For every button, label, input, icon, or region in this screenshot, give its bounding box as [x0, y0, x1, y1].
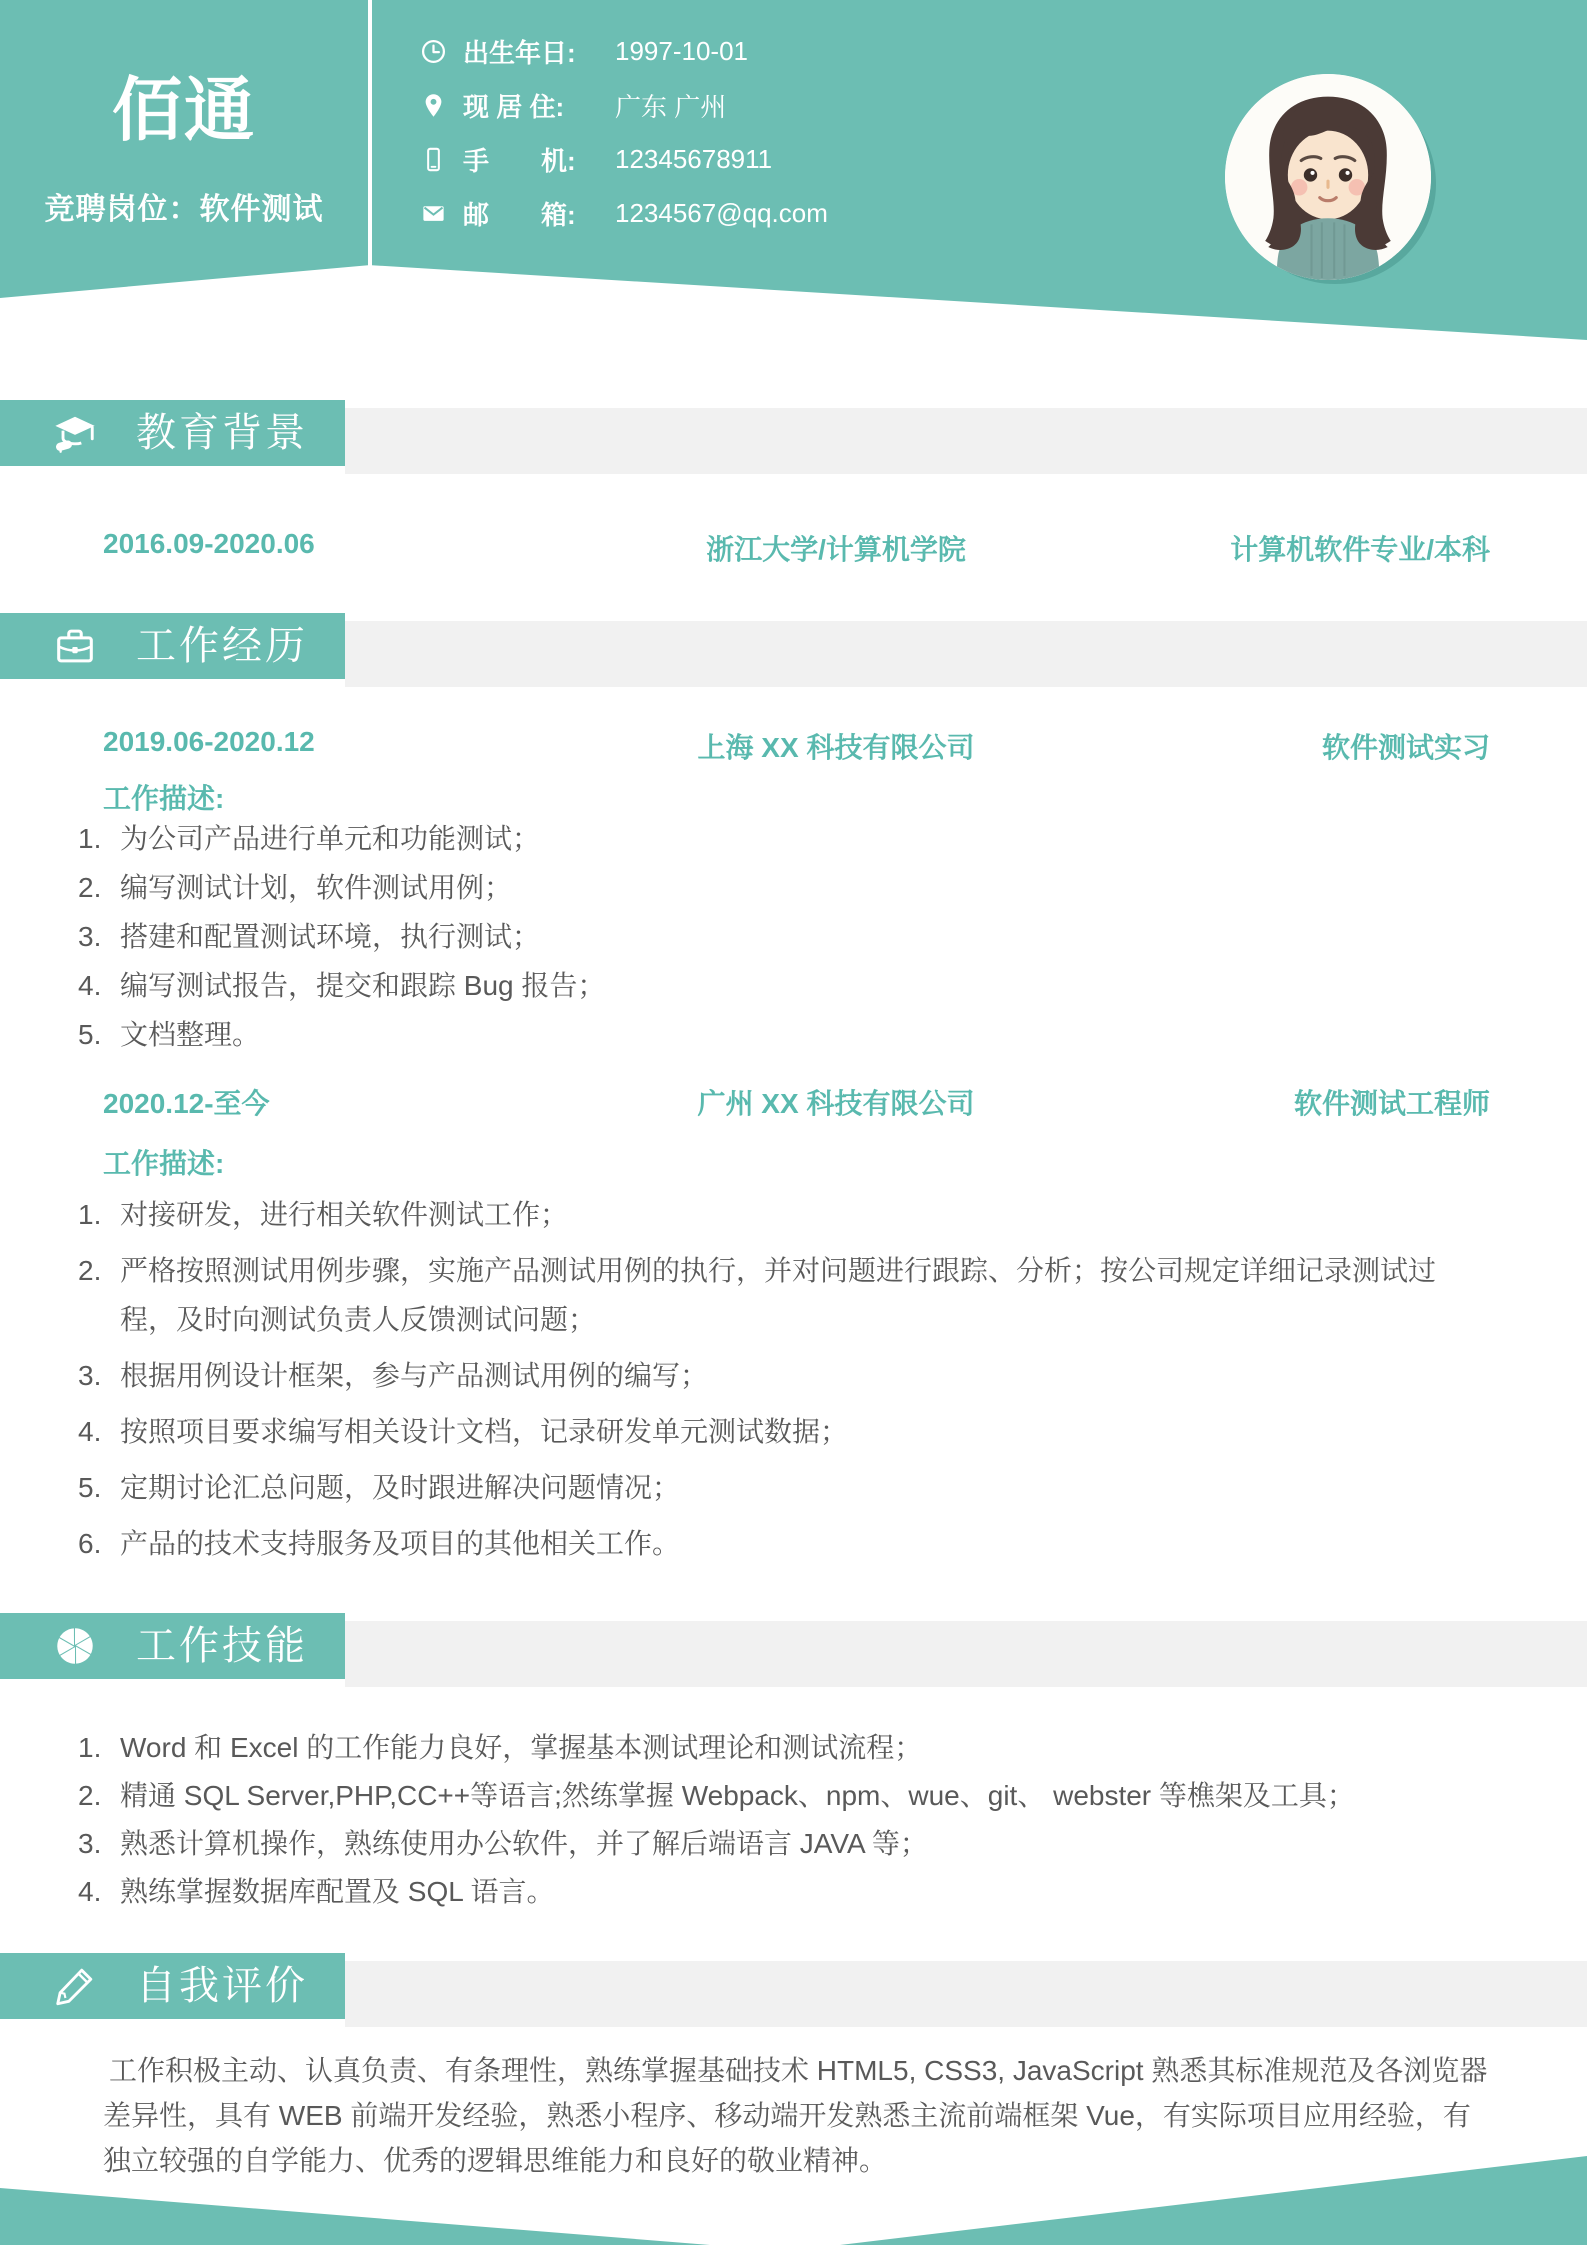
job-row: 2019.06-2020.12 上海 XX 科技有限公司 软件测试实习	[0, 726, 1587, 762]
contact-value: 广东 广州	[615, 87, 726, 124]
list-item: 1.Word 和 Excel 的工作能力良好，掌握基本测试理论和测试流程；	[78, 1724, 1480, 1772]
job-period: 2020.12-至今	[103, 1082, 270, 1122]
education-period: 2016.09-2020.06	[103, 528, 315, 560]
aperture-icon	[52, 1623, 98, 1669]
list-item: 4.熟练掌握数据库配置及 SQL 语言。	[78, 1868, 1480, 1916]
list-item: 2.精通 SQL Server,PHP,CC++等语言;然练掌握 Webpack…	[78, 1772, 1480, 1820]
education-row: 2016.09-2020.06 浙江大学/计算机学院 计算机软件专业/本科	[0, 528, 1587, 564]
contact-label: 邮 箱:	[463, 195, 609, 232]
section-bar-education: 教育背景	[0, 400, 1587, 474]
contact-list: 出生年日: 1997-10-01 现 居 住: 广东 广州 手 机: 12345…	[420, 36, 828, 252]
job-desc-list: 1.为公司产品进行单元和功能测试； 2.编写测试计划，软件测试用例； 3.搭建和…	[78, 814, 1480, 1059]
contact-label: 出生年日:	[463, 33, 609, 70]
contact-value: 1234567@qq.com	[615, 198, 828, 229]
contact-row-phone: 手 机: 12345678911	[420, 144, 828, 174]
section-bar-gray-strip	[345, 408, 1587, 474]
mail-icon	[420, 200, 447, 227]
list-item: 3.熟悉计算机操作，熟练使用办公软件，并了解后端语言 JAVA 等；	[78, 1820, 1480, 1868]
section-bar-gray-strip	[345, 1961, 1587, 2027]
clock-icon	[420, 38, 447, 65]
section-bar-gray-strip	[345, 1621, 1587, 1687]
avatar	[1225, 74, 1431, 280]
contact-label: 现 居 住:	[463, 87, 609, 124]
job-desc-list: 1.对接研发，进行相关软件测试工作； 2.严格按照测试用例步骤，实施产品测试用例…	[78, 1190, 1480, 1575]
briefcase-icon	[52, 623, 98, 669]
self-evaluation-paragraph: 工作积极主动、认真负责、有条理性，熟练掌握基础技术 HTML5, CSS3, J…	[103, 2048, 1495, 2183]
list-item: 2.编写测试计划，软件测试用例；	[78, 863, 1480, 912]
list-item: 6.产品的技术支持服务及项目的其他相关工作。	[78, 1519, 1480, 1568]
section-bar-skills: 工作技能	[0, 1613, 1587, 1687]
education-school: 浙江大学/计算机学院	[436, 528, 1236, 568]
job-company: 上海 XX 科技有限公司	[436, 726, 1236, 766]
list-item: 3.根据用例设计框架，参与产品测试用例的编写；	[78, 1351, 1480, 1400]
contact-value: 1997-10-01	[615, 36, 748, 67]
job-period: 2019.06-2020.12	[103, 726, 315, 758]
list-item: 5.文档整理。	[78, 1010, 1480, 1059]
contact-label: 手 机:	[463, 141, 609, 178]
list-item: 5.定期讨论汇总问题，及时跟进解决问题情况；	[78, 1463, 1480, 1512]
section-title: 工作经历	[136, 613, 308, 679]
target-position: 竞聘岗位：软件测试	[0, 184, 368, 228]
contact-value: 12345678911	[615, 144, 772, 175]
header-name-block: 佰通 竞聘岗位：软件测试	[0, 0, 368, 298]
job-company: 广州 XX 科技有限公司	[436, 1082, 1236, 1122]
section-bar-work: 工作经历	[0, 613, 1587, 687]
location-pin-icon	[420, 92, 447, 119]
phone-icon	[420, 146, 447, 173]
list-item: 4.按照项目要求编写相关设计文档，记录研发单元测试数据；	[78, 1407, 1480, 1456]
section-title: 工作技能	[136, 1613, 308, 1679]
section-bar-gray-strip	[345, 621, 1587, 687]
section-title: 自我评价	[136, 1953, 308, 2019]
section-title: 教育背景	[136, 400, 308, 466]
job-role: 软件测试实习	[1322, 726, 1490, 766]
list-item: 1.为公司产品进行单元和功能测试；	[78, 814, 1480, 863]
education-degree: 计算机软件专业/本科	[1230, 528, 1490, 568]
job-desc-label: 工作描述:	[103, 777, 224, 817]
section-bar-self-evaluation: 自我评价	[0, 1953, 1587, 2027]
contact-row-email: 邮 箱: 1234567@qq.com	[420, 198, 828, 228]
list-item: 2.严格按照测试用例步骤，实施产品测试用例的执行，并对问题进行跟踪、分析；按公司…	[78, 1246, 1480, 1344]
footer-left-triangle	[0, 2188, 710, 2245]
pencil-icon	[52, 1963, 98, 2009]
job-desc-label: 工作描述:	[103, 1142, 224, 1182]
candidate-name: 佰通	[0, 74, 368, 146]
list-item: 1.对接研发，进行相关软件测试工作；	[78, 1190, 1480, 1239]
contact-row-birth: 出生年日: 1997-10-01	[420, 36, 828, 66]
contact-row-location: 现 居 住: 广东 广州	[420, 90, 828, 120]
job-row: 2020.12-至今 广州 XX 科技有限公司 软件测试工程师	[0, 1082, 1587, 1118]
list-item: 4.编写测试报告，提交和跟踪 Bug 报告；	[78, 961, 1480, 1010]
job-role: 软件测试工程师	[1294, 1082, 1490, 1122]
list-item: 3.搭建和配置测试环境，执行测试；	[78, 912, 1480, 961]
resume-page: 佰通 竞聘岗位：软件测试 出生年日: 1997-10-01 现 居 住: 广东 …	[0, 0, 1587, 2245]
graduation-cap-icon	[52, 410, 98, 456]
skills-list: 1.Word 和 Excel 的工作能力良好，掌握基本测试理论和测试流程； 2.…	[78, 1724, 1480, 1916]
